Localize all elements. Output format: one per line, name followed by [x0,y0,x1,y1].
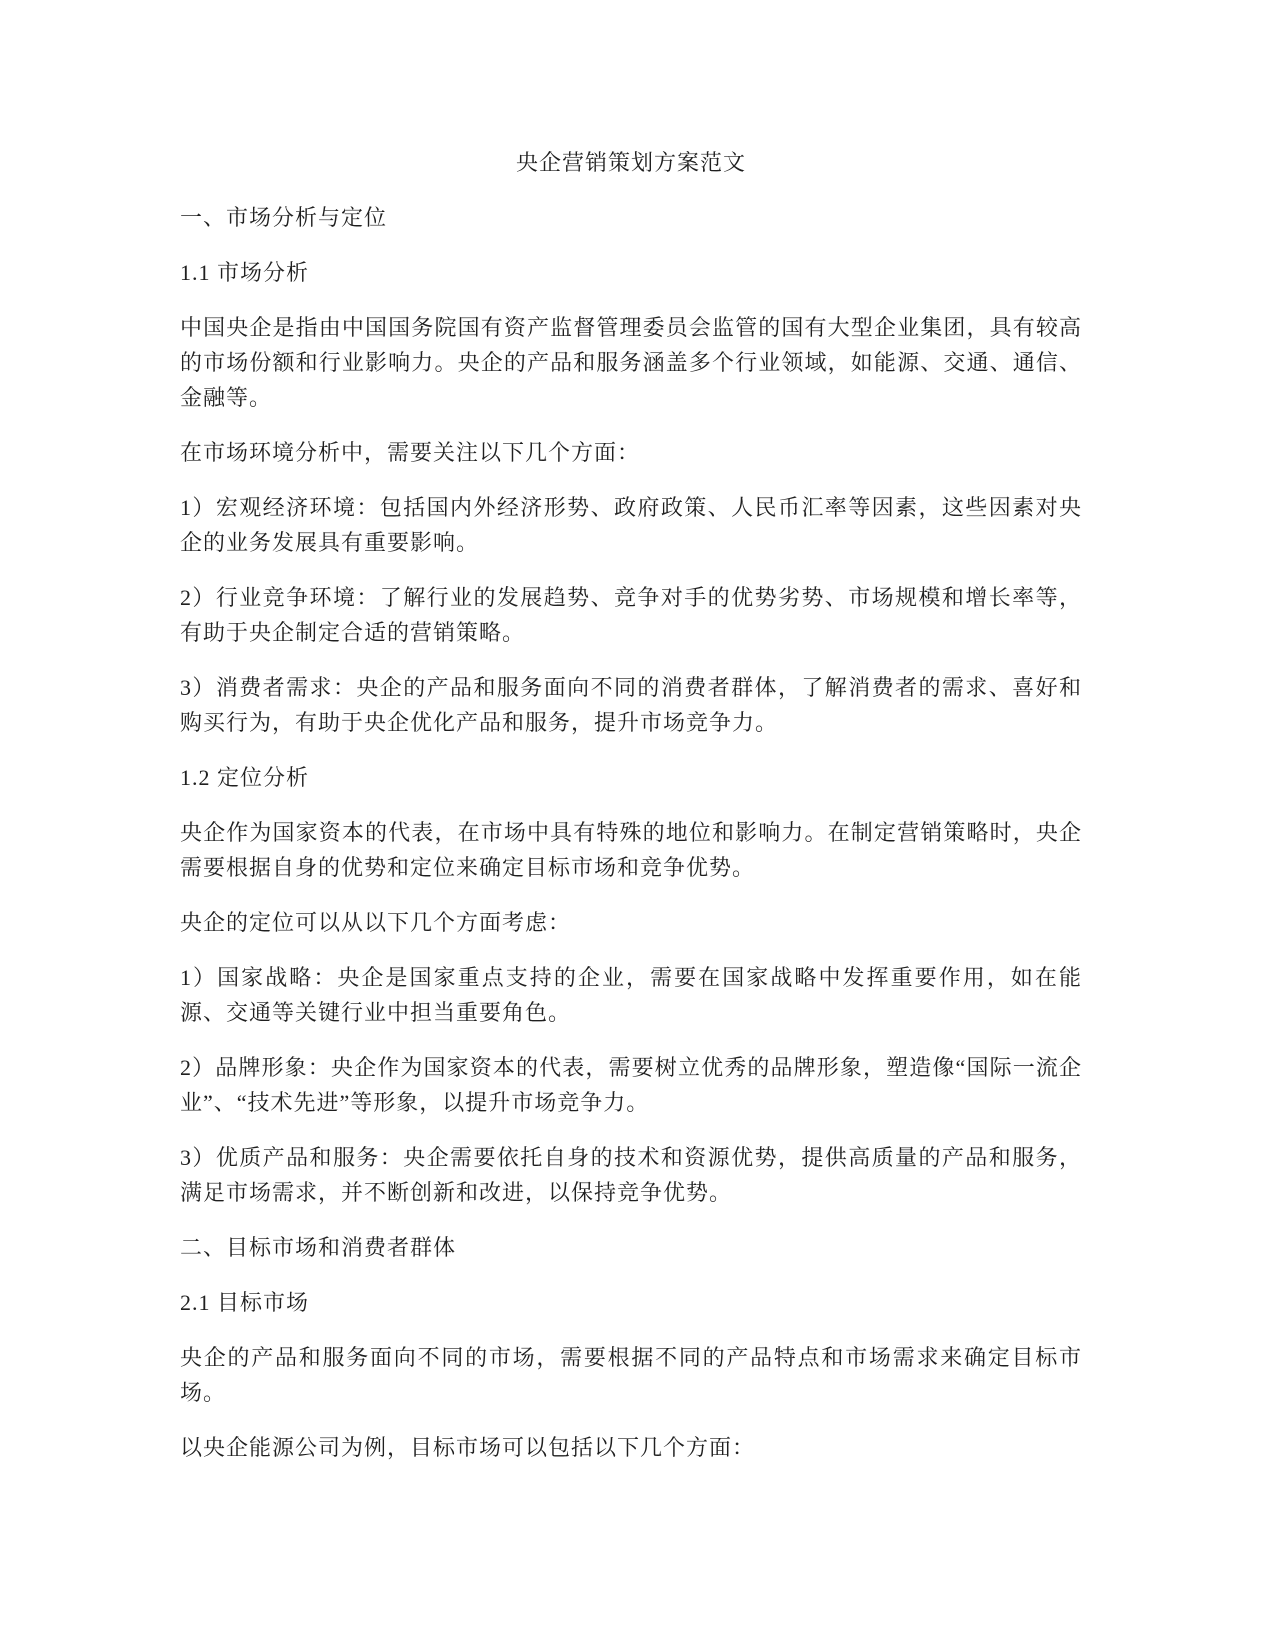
paragraph: 2）品牌形象：央企作为国家资本的代表，需要树立优秀的品牌形象，塑造像“国际一流企… [180,1050,1082,1120]
document-title: 央企营销策划方案范文 [180,145,1082,180]
paragraph: 1）国家战略：央企是国家重点支持的企业，需要在国家战略中发挥重要作用，如在能源、… [180,960,1082,1030]
paragraph: 3）消费者需求：央企的产品和服务面向不同的消费者群体，了解消费者的需求、喜好和购… [180,670,1082,740]
document-page: 央企营销策划方案范文 一、市场分析与定位1.1 市场分析中国央企是指由中国国务院… [0,0,1275,1650]
section-heading: 一、市场分析与定位 [180,200,1082,235]
paragraph: 央企作为国家资本的代表，在市场中具有特殊的地位和影响力。在制定营销策略时，央企需… [180,815,1082,885]
section-heading: 1.2 定位分析 [180,760,1082,795]
section-heading: 1.1 市场分析 [180,255,1082,290]
paragraph: 1）宏观经济环境：包括国内外经济形势、政府政策、人民币汇率等因素，这些因素对央企… [180,490,1082,560]
section-heading: 二、目标市场和消费者群体 [180,1230,1082,1265]
paragraph: 央企的产品和服务面向不同的市场，需要根据不同的产品特点和市场需求来确定目标市场。 [180,1340,1082,1410]
paragraph: 中国央企是指由中国国务院国有资产监督管理委员会监管的国有大型企业集团，具有较高的… [180,310,1082,415]
paragraph: 2）行业竞争环境：了解行业的发展趋势、竞争对手的优势劣势、市场规模和增长率等，有… [180,580,1082,650]
paragraph: 在市场环境分析中，需要关注以下几个方面： [180,435,1082,470]
paragraph: 3）优质产品和服务：央企需要依托自身的技术和资源优势，提供高质量的产品和服务，满… [180,1140,1082,1210]
paragraph: 央企的定位可以从以下几个方面考虑： [180,905,1082,940]
section-heading: 2.1 目标市场 [180,1285,1082,1320]
paragraph: 以央企能源公司为例，目标市场可以包括以下几个方面： [180,1430,1082,1465]
document-body: 一、市场分析与定位1.1 市场分析中国央企是指由中国国务院国有资产监督管理委员会… [180,200,1082,1465]
